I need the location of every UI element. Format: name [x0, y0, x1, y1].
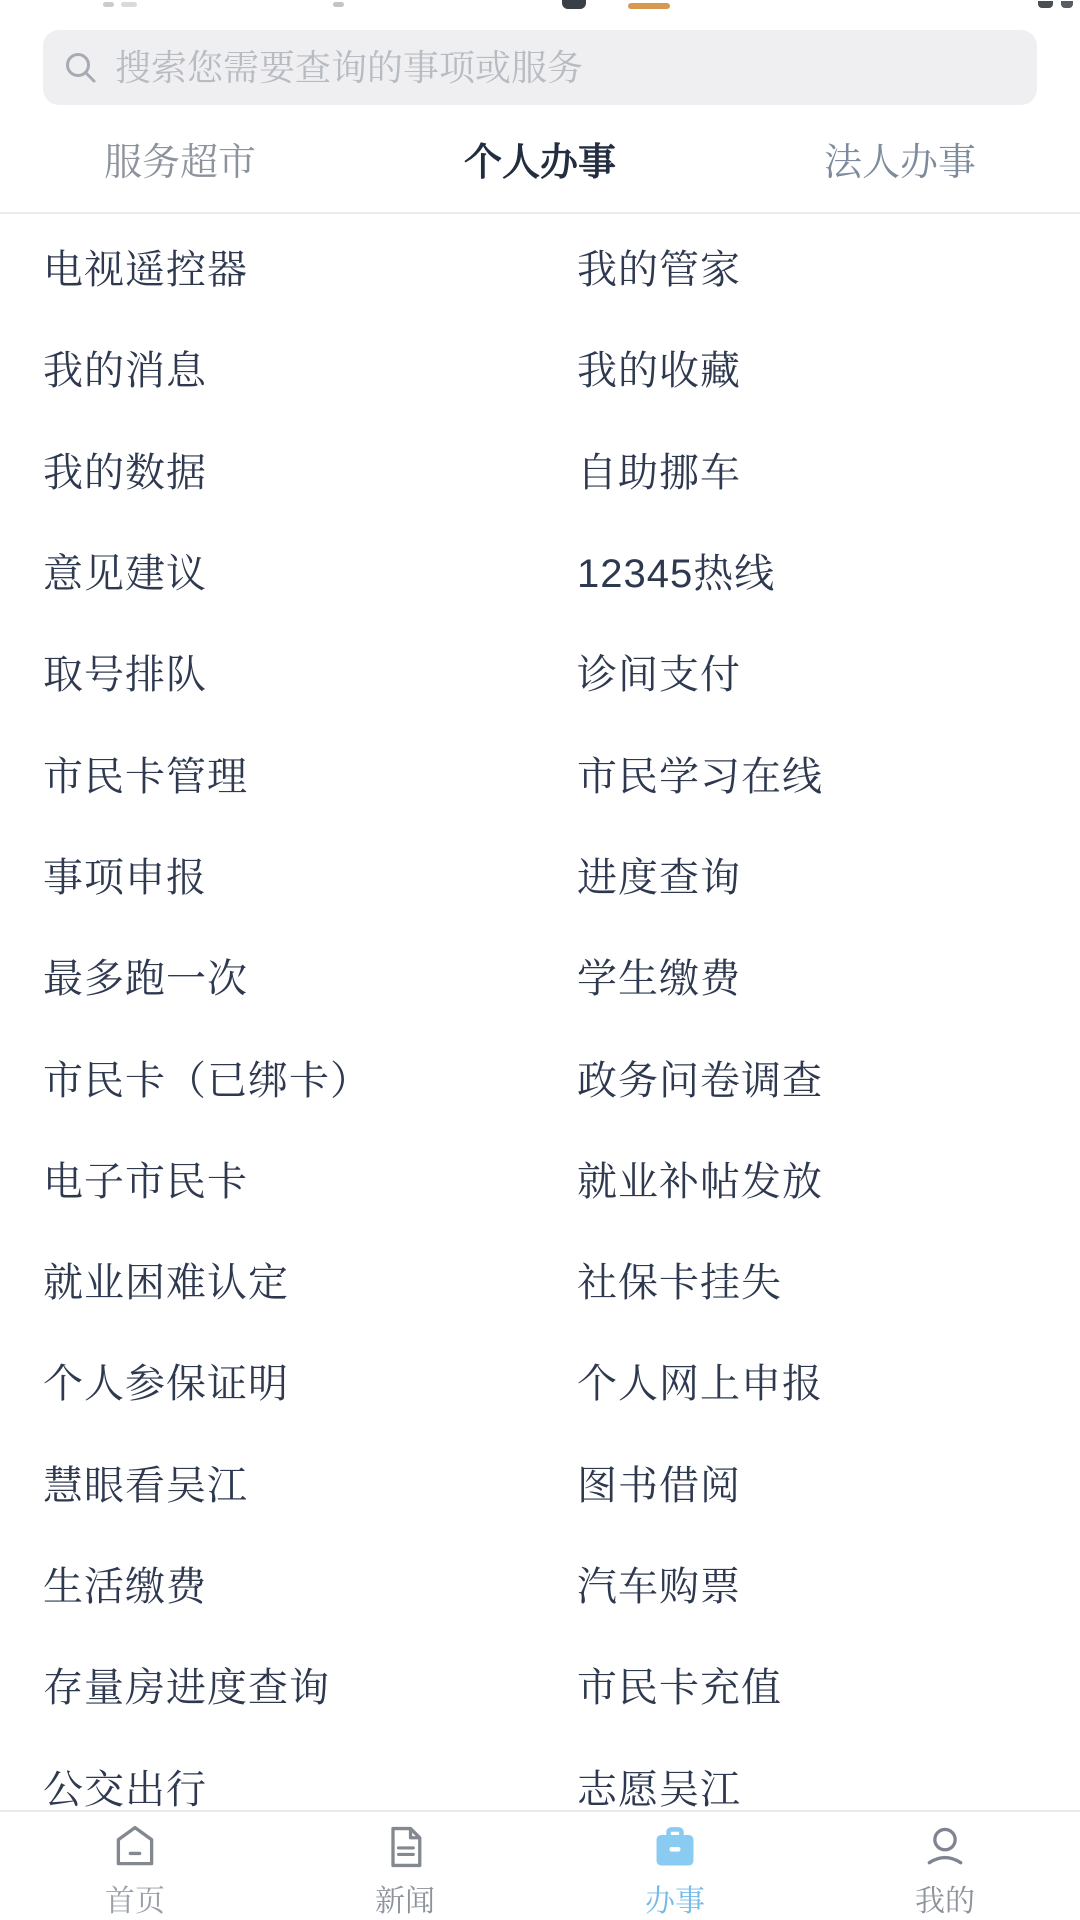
service-row: 市民卡（已绑卡） 政务问卷调查	[0, 1026, 1080, 1127]
search-input[interactable]	[113, 37, 1017, 99]
status-fragment-orange	[628, 3, 670, 9]
status-bar	[0, 0, 1080, 22]
service-item[interactable]: 我的管家	[577, 238, 1080, 295]
service-item[interactable]: 存量房进度查询	[43, 1656, 577, 1713]
service-item[interactable]: 公交出行	[43, 1758, 577, 1815]
service-item[interactable]: 个人网上申报	[577, 1352, 1080, 1409]
service-item[interactable]: 图书借阅	[577, 1454, 1080, 1511]
service-item[interactable]: 慧眼看吴江	[43, 1454, 577, 1511]
service-item[interactable]: 事项申报	[43, 846, 577, 903]
service-item[interactable]: 生活缴费	[43, 1555, 577, 1612]
service-row: 生活缴费 汽车购票	[0, 1533, 1080, 1634]
status-fragment	[562, 0, 586, 9]
service-row: 就业困难认定 社保卡挂失	[0, 1229, 1080, 1330]
service-item[interactable]: 市民卡（已绑卡）	[43, 1049, 577, 1106]
nav-item-affairs[interactable]: 办事	[540, 1812, 810, 1920]
service-item[interactable]: 志愿吴江	[577, 1758, 1080, 1815]
tab-personal-affairs[interactable]: 个人办事	[360, 131, 720, 186]
service-list: 电视遥控器 我的管家 我的消息 我的收藏 我的数据 自助挪车 意见建议 1234…	[0, 216, 1080, 1837]
status-fragment	[1038, 1, 1053, 8]
service-item[interactable]: 进度查询	[577, 846, 1080, 903]
nav-label: 新闻	[375, 1876, 435, 1920]
service-item[interactable]: 就业补帖发放	[577, 1150, 1080, 1207]
service-item[interactable]: 诊间支付	[577, 643, 1080, 700]
bottom-nav: 首页 新闻 办事 我的	[0, 1810, 1080, 1920]
profile-icon	[919, 1823, 971, 1871]
nav-label: 办事	[645, 1876, 705, 1920]
service-row: 存量房进度查询 市民卡充值	[0, 1634, 1080, 1735]
service-row: 个人参保证明 个人网上申报	[0, 1330, 1080, 1431]
service-item[interactable]: 电视遥控器	[43, 238, 577, 295]
service-item[interactable]: 汽车购票	[577, 1555, 1080, 1612]
service-item[interactable]: 市民卡充值	[577, 1656, 1080, 1713]
service-row: 电子市民卡 就业补帖发放	[0, 1128, 1080, 1229]
service-item[interactable]: 市民卡管理	[43, 745, 577, 802]
nav-item-home[interactable]: 首页	[0, 1812, 270, 1920]
tab-legal-affairs[interactable]: 法人办事	[720, 131, 1080, 186]
nav-item-news[interactable]: 新闻	[270, 1812, 540, 1920]
briefcase-icon	[649, 1823, 701, 1871]
app-screen: 服务超市 个人办事 法人办事 电视遥控器 我的管家 我的消息 我的收藏 我的数据…	[0, 0, 1080, 1920]
status-fragment	[1061, 1, 1073, 8]
service-item[interactable]: 最多跑一次	[43, 947, 577, 1004]
tab-bar: 服务超市 个人办事 法人办事	[0, 105, 1080, 214]
service-item[interactable]: 市民学习在线	[577, 745, 1080, 802]
service-row: 最多跑一次 学生缴费	[0, 925, 1080, 1026]
nav-label: 首页	[105, 1876, 165, 1920]
service-item[interactable]: 社保卡挂失	[577, 1251, 1080, 1308]
service-item[interactable]: 自助挪车	[577, 441, 1080, 498]
tab-service-market[interactable]: 服务超市	[0, 131, 360, 186]
status-fragment	[121, 2, 137, 7]
service-item[interactable]: 12345热线	[577, 542, 1080, 599]
service-row: 我的数据 自助挪车	[0, 419, 1080, 520]
service-item[interactable]: 个人参保证明	[43, 1352, 577, 1409]
service-item[interactable]: 政务问卷调查	[577, 1049, 1080, 1106]
service-row: 电视遥控器 我的管家	[0, 216, 1080, 317]
service-item[interactable]: 我的消息	[43, 339, 577, 396]
service-row: 市民卡管理 市民学习在线	[0, 722, 1080, 823]
service-row: 慧眼看吴江 图书借阅	[0, 1432, 1080, 1533]
status-fragment	[103, 2, 114, 7]
service-row: 意见建议 12345热线	[0, 520, 1080, 621]
search-icon	[63, 50, 99, 86]
home-icon	[109, 1823, 161, 1871]
service-item[interactable]: 就业困难认定	[43, 1251, 577, 1308]
search-bar[interactable]	[43, 30, 1037, 105]
service-row: 事项申报 进度查询	[0, 824, 1080, 925]
service-item[interactable]: 我的数据	[43, 441, 577, 498]
news-icon	[379, 1823, 431, 1871]
service-item[interactable]: 取号排队	[43, 643, 577, 700]
service-item[interactable]: 意见建议	[43, 542, 577, 599]
service-item[interactable]: 我的收藏	[577, 339, 1080, 396]
nav-item-profile[interactable]: 我的	[810, 1812, 1080, 1920]
service-row: 我的消息 我的收藏	[0, 317, 1080, 418]
service-row: 取号排队 诊间支付	[0, 621, 1080, 722]
nav-label: 我的	[915, 1876, 975, 1920]
service-item[interactable]: 学生缴费	[577, 947, 1080, 1004]
service-item[interactable]: 电子市民卡	[43, 1150, 577, 1207]
status-fragment	[333, 2, 344, 7]
